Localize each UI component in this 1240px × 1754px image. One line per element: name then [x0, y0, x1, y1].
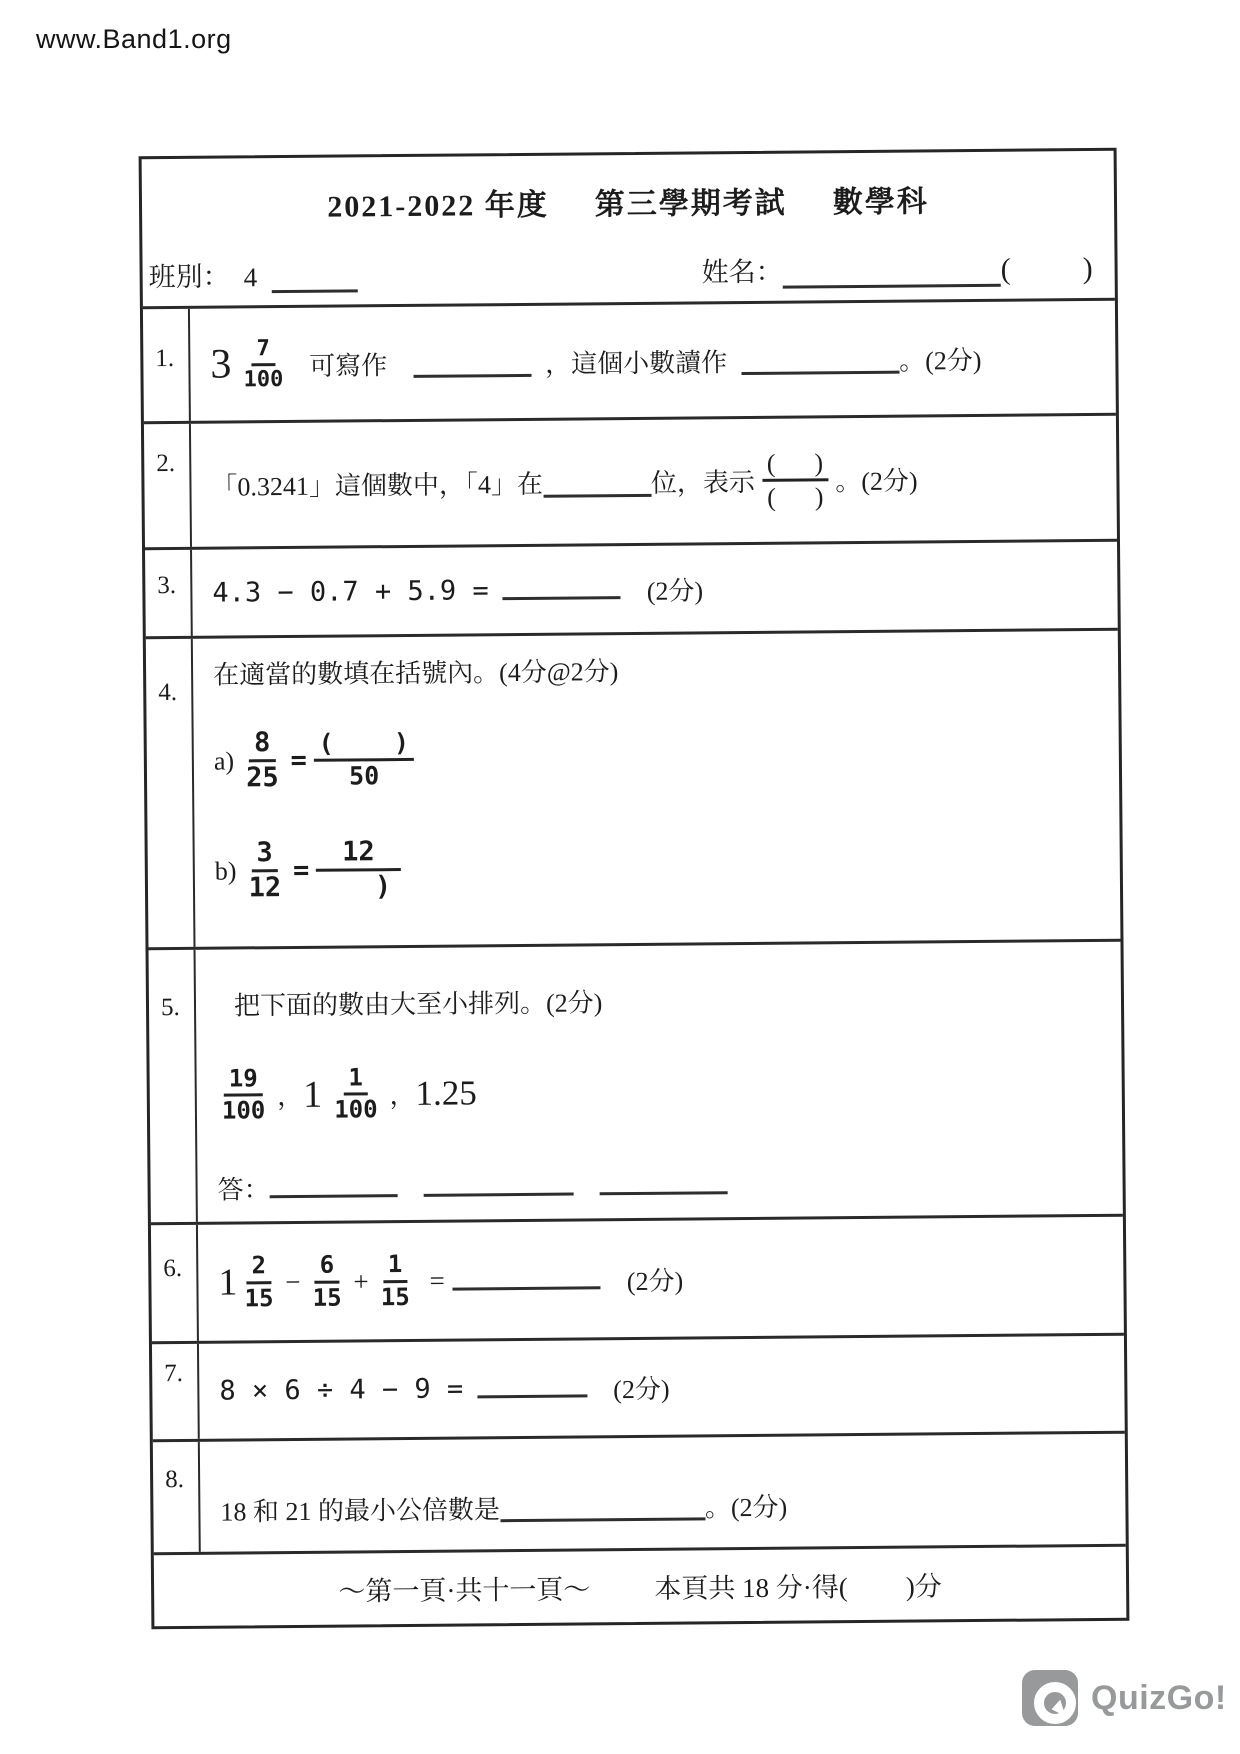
fraction: 1 15: [375, 1252, 414, 1310]
comma: ，: [389, 1075, 415, 1112]
answer-blank: [270, 1177, 398, 1198]
sub-question-b: b) 3 12 = 12 ): [215, 832, 1101, 903]
question-number: 2.: [144, 424, 192, 547]
paren-fraction: ( ) ( ): [762, 449, 829, 511]
equation-text: 4.3 − 0.7 + 5.9 =: [212, 575, 489, 608]
decimal-number: 1.25: [415, 1073, 477, 1114]
fraction: 7 100: [238, 337, 288, 391]
answer-blank: [600, 1174, 728, 1195]
question-4-content: 在適當的數填在括號內。(4分@2分) a) 8 25 = ( ) 50 b) 3…: [193, 631, 1121, 947]
exam-header-row: 2021-2022 年度 第三學期考試 數學科 班別： 4 姓名： ( ): [142, 151, 1115, 306]
number-list: 19 100 ， 1 1 100 ， 1.25: [217, 1059, 1102, 1124]
seat-paren-gap: [1011, 286, 1083, 287]
seat-paren-close: ): [1082, 252, 1092, 286]
question-row-8: 8. 18 和 21 的最小公倍數是 。(2分): [153, 1431, 1126, 1552]
question-5-content: 把下面的數由大至小排列。(2分) 19 100 ， 1 1 100 ， 1.25…: [196, 942, 1123, 1222]
exam-title-subject: 數學科: [833, 176, 929, 221]
question-number: 7.: [152, 1344, 200, 1439]
question-row-1: 1. 3 7 100 可寫作 ，這個小數讀作 。(2分): [143, 298, 1116, 421]
question-2-content: 「0.3241」這個數中，「4」在 位，表示 ( ) ( ) 。(2分): [191, 416, 1117, 547]
class-label: 班別：: [148, 255, 229, 295]
seat-paren-open: (: [1000, 253, 1010, 287]
class-blank: [271, 261, 357, 293]
points-text: (2分): [613, 1369, 670, 1406]
answer-blank: [543, 466, 651, 497]
answer-blank: [424, 1176, 574, 1197]
question-row-5: 5. 把下面的數由大至小排列。(2分) 19 100 ， 1 1 100 ， 1…: [148, 939, 1122, 1222]
page-info: ～第一頁·共十一頁～: [338, 1567, 590, 1608]
equals-sign: =: [293, 855, 310, 886]
exam-title-year: 2021-2022 年度: [327, 180, 549, 226]
page-footer-row: ～第一頁·共十一頁～ 本頁共 18 分·得()分: [154, 1544, 1127, 1626]
q-ring: [1034, 1682, 1076, 1724]
operator: +: [353, 1266, 369, 1297]
name-blank: [782, 255, 1000, 288]
question-number: 5.: [149, 950, 198, 1222]
exam-title-term: 第三學期考試: [595, 178, 787, 224]
points-text: 。(2分): [835, 461, 918, 499]
operator: −: [285, 1266, 301, 1297]
question-number: 3.: [145, 550, 193, 636]
question-text: 18 和 21 的最小公倍數是: [220, 1489, 500, 1528]
sub-question-a: a) 8 25 = ( ) 50: [214, 722, 1100, 793]
quizgo-wordmark: QuizGo!: [1091, 1679, 1227, 1718]
question-row-4: 4. 在適當的數填在括號內。(4分@2分) a) 8 25 = ( ) 50 b…: [146, 628, 1121, 947]
fraction: 19 100: [217, 1066, 271, 1124]
question-6-content: 1 2 15 − 6 15 + 1 15 = (2分): [198, 1217, 1124, 1341]
question-row-6: 6. 1 2 15 − 6 15 + 1 15 = (2分): [151, 1214, 1124, 1341]
answer-blank: [503, 579, 621, 600]
points-text: (2分): [647, 570, 704, 607]
sub-label: b): [215, 856, 237, 886]
comma: ，: [277, 1076, 303, 1113]
score-paren-gap: [848, 1596, 906, 1597]
score-line: 本頁共 18 分·得()分: [654, 1564, 942, 1606]
question-number: 6.: [151, 1225, 199, 1341]
question-text: 把下面的數由大至小排列。(2分): [216, 942, 1102, 1023]
sub-label: a): [214, 746, 234, 776]
question-row-7: 7. 8 × 6 ÷ 4 − 9 = (2分): [152, 1333, 1125, 1439]
quizgo-q-icon: [1022, 1670, 1078, 1726]
question-7-content: 8 × 6 ÷ 4 − 9 = (2分): [199, 1336, 1125, 1439]
answer-label: 答：: [217, 1170, 269, 1207]
site-watermark: www.Band1.org: [36, 24, 232, 55]
fraction: 2 15: [239, 1253, 278, 1311]
paren-fraction: 12 ): [316, 838, 401, 902]
equation-text: 8 × 6 ÷ 4 − 9 =: [219, 1374, 463, 1407]
question-text: 在適當的數填在括號內。(4分@2分): [213, 631, 1098, 692]
fraction: 8 25: [241, 729, 284, 793]
question-1-content: 3 7 100 可寫作 ，這個小數讀作 。(2分): [190, 301, 1116, 421]
question-text: 「0.3241」這個數中，「4」在: [211, 464, 543, 504]
fraction: 3 12: [243, 839, 286, 903]
fraction: 6 15: [307, 1253, 346, 1311]
question-row-3: 3. 4.3 − 0.7 + 5.9 = (2分): [145, 539, 1118, 636]
paren-fraction: ( ) 50: [314, 730, 415, 790]
points-text: 。(2分): [899, 339, 982, 377]
fraction: 1 100: [329, 1065, 383, 1123]
points-text: (2分): [627, 1260, 684, 1297]
answer-blank: [413, 347, 531, 378]
equals-sign: =: [290, 745, 307, 776]
mixed-number-whole: 3: [210, 343, 231, 385]
exam-title: 2021-2022 年度 第三學期考試 數學科: [142, 151, 1115, 227]
equals-sign: =: [429, 1265, 445, 1296]
points-text: 。(2分): [705, 1486, 788, 1524]
name-label: 姓名：: [701, 250, 782, 290]
mixed-number-whole: 1: [218, 1263, 237, 1301]
question-number: 8.: [153, 1442, 201, 1552]
exam-sheet: 2021-2022 年度 第三學期考試 數學科 班別： 4 姓名： ( ): [139, 148, 1130, 1629]
answer-blank: [453, 1269, 601, 1290]
question-text: 可寫作: [309, 345, 387, 383]
mixed-number-whole: 1: [303, 1075, 322, 1113]
quizgo-logo: QuizGo!: [1022, 1670, 1227, 1726]
question-text: ，這個小數讀作: [545, 342, 727, 381]
question-row-2: 2. 「0.3241」這個數中，「4」在 位，表示 ( ) ( ) 。(2分): [144, 413, 1117, 547]
answer-blank: [741, 344, 899, 376]
answer-blank: [477, 1378, 587, 1399]
question-3-content: 4.3 − 0.7 + 5.9 = (2分): [192, 542, 1118, 636]
class-value: 4: [244, 262, 258, 293]
exam-meta-line: 班別： 4 姓名： ( ): [142, 247, 1114, 294]
answer-blank: [500, 1490, 705, 1522]
question-number: 4.: [146, 639, 196, 947]
question-text: 位，表示: [651, 462, 755, 500]
answer-line: 答：: [217, 1162, 1102, 1207]
question-8-content: 18 和 21 的最小公倍數是 。(2分): [200, 1434, 1126, 1552]
question-number: 1.: [143, 309, 191, 421]
